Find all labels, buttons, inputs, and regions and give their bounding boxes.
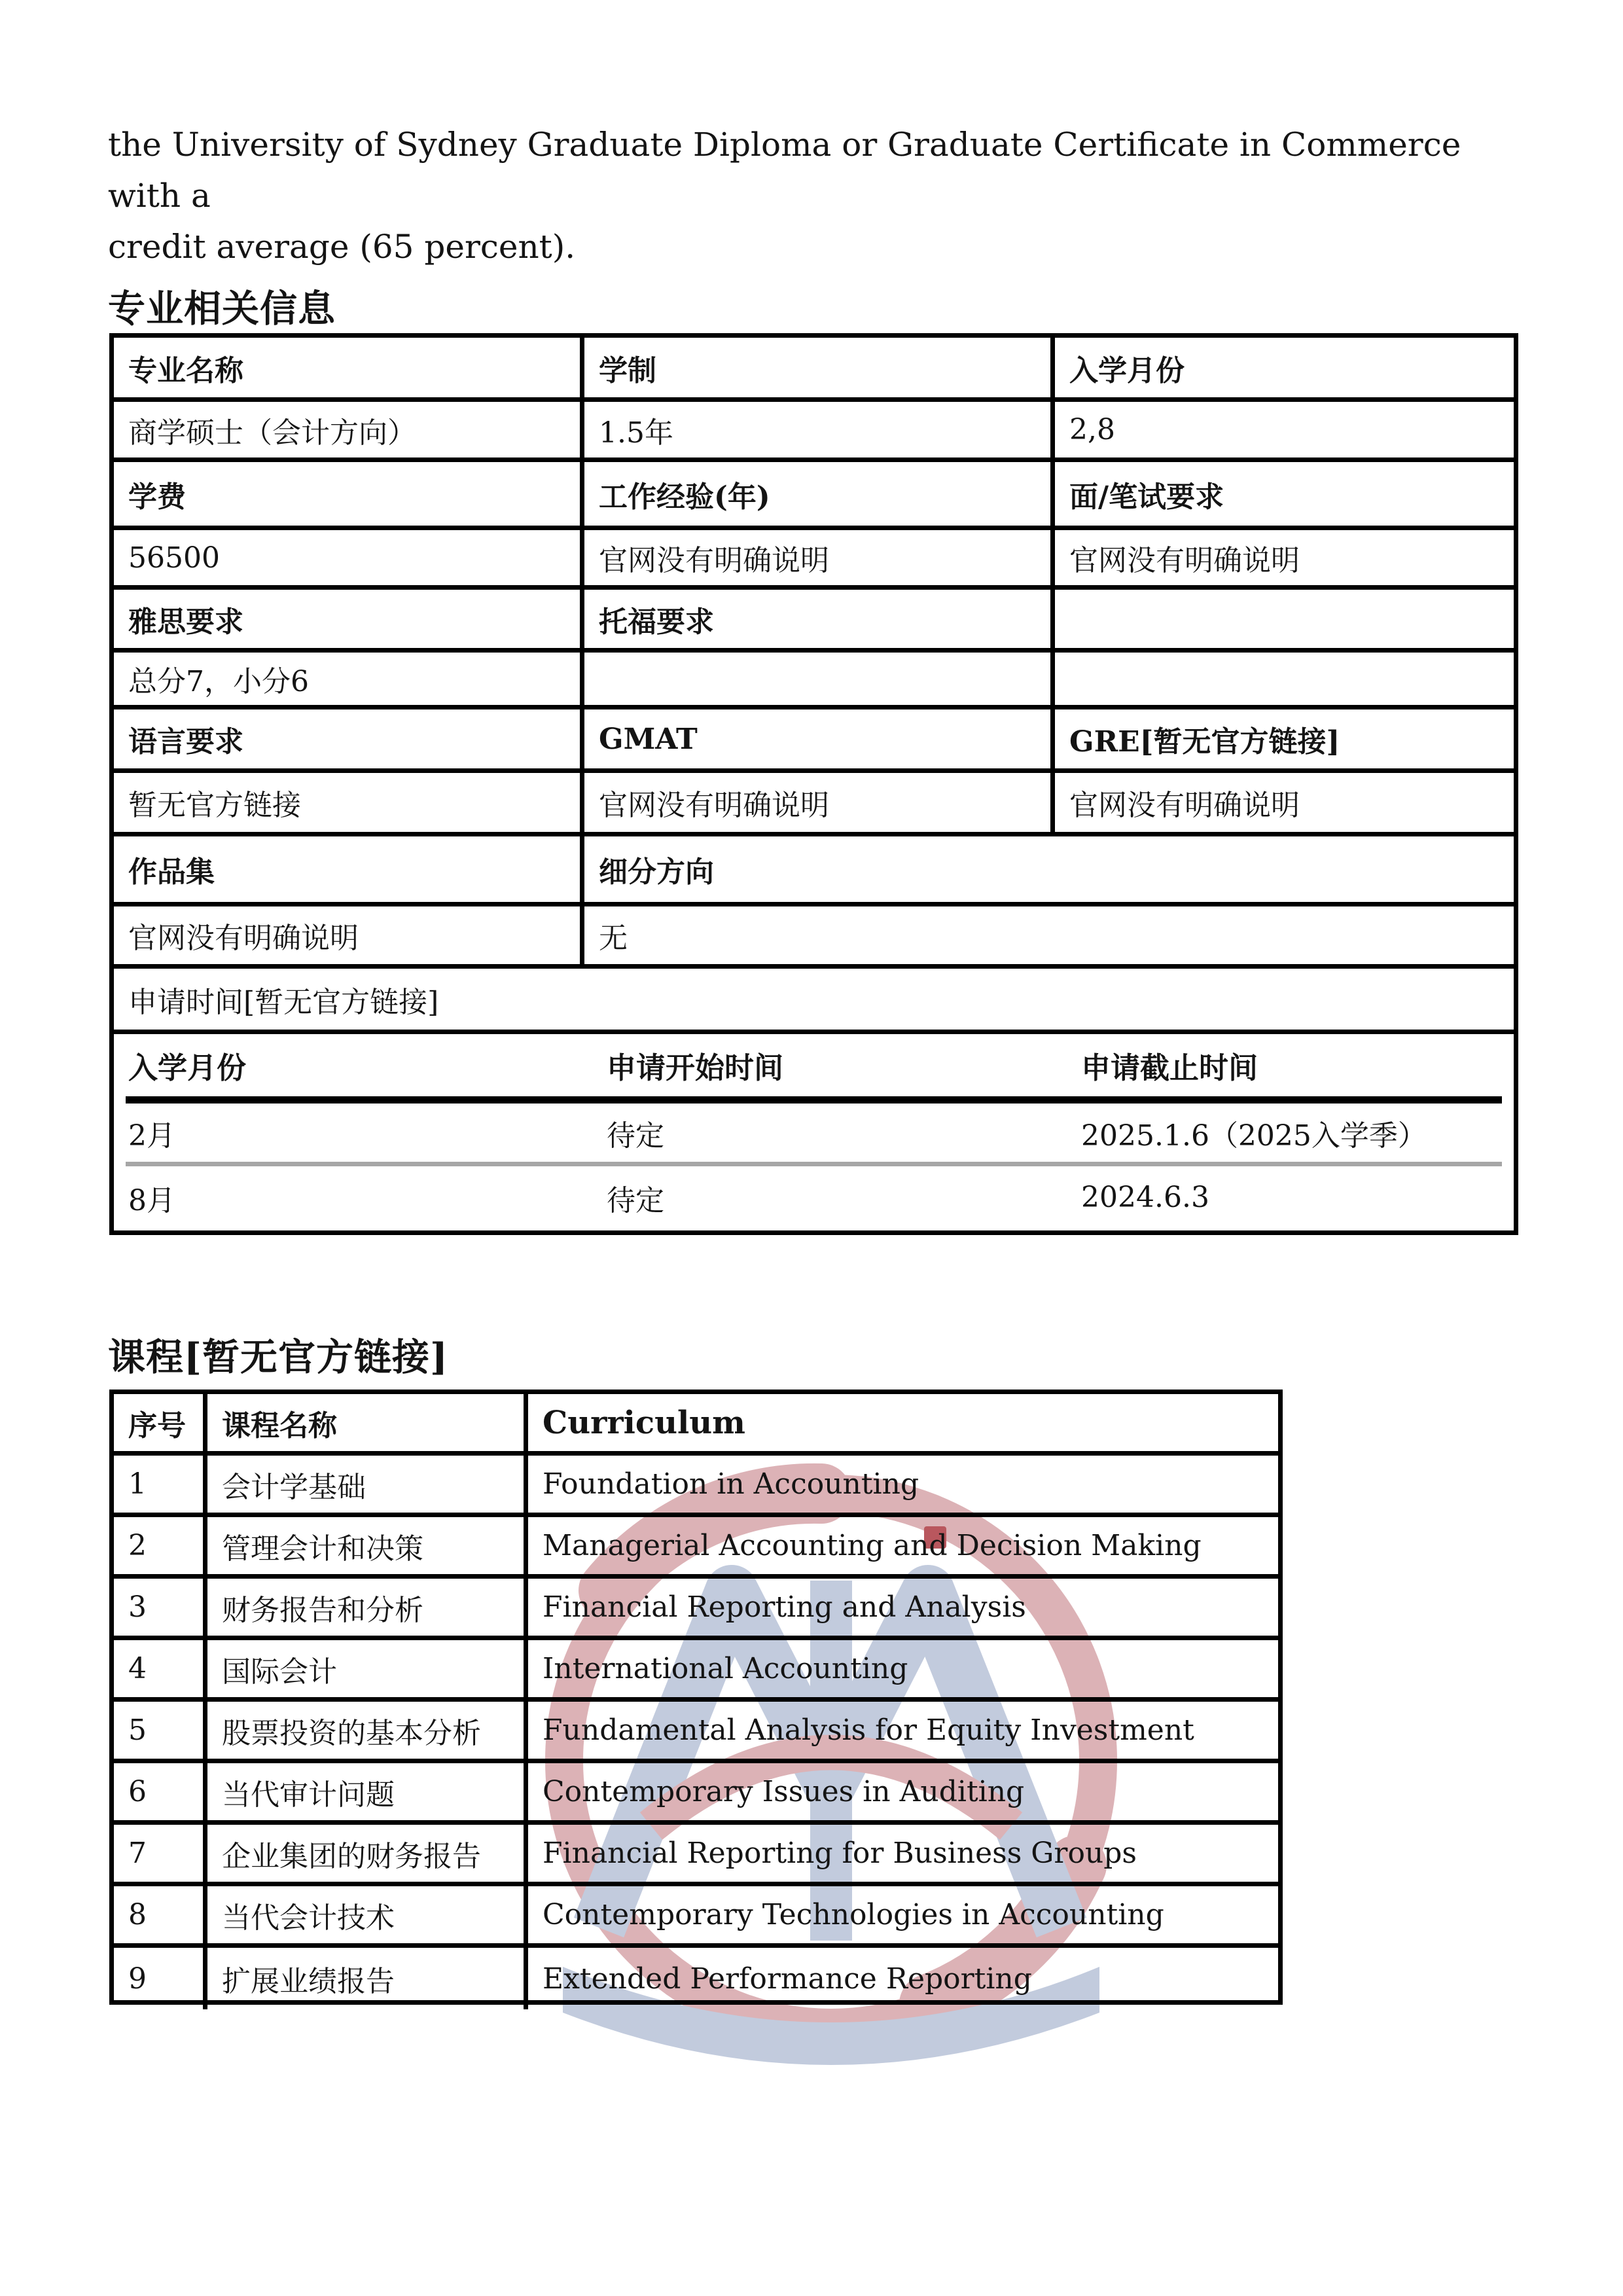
- table-cell: 1.5年: [584, 402, 1055, 457]
- table-cell: 语言要求: [114, 709, 584, 768]
- schedule-cell: 8月: [126, 1177, 607, 1219]
- table-cell: 官网没有明确说明: [1055, 530, 1514, 585]
- schedule-cell: 待定: [607, 1177, 1081, 1219]
- table-cell: 商学硕士（会计方向）: [114, 402, 584, 457]
- table-cell: [584, 653, 1055, 705]
- table-cell: Financial Reporting for Business Groups: [528, 1825, 1278, 1882]
- program-info-table: 专业名称 学制 入学月份 商学硕士（会计方向） 1.5年 2,8 学费 工作经验…: [109, 333, 1518, 1235]
- table-cell: 9: [114, 1948, 207, 2009]
- table-row: 7 企业集团的财务报告 Financial Reporting for Busi…: [114, 1825, 1278, 1886]
- table-cell: Contemporary Issues in Auditing: [528, 1763, 1278, 1820]
- table-cell: 总分7，小分6: [114, 653, 584, 705]
- table-cell: 企业集团的财务报告: [207, 1825, 528, 1882]
- table-cell: Extended Performance Reporting: [528, 1948, 1278, 2009]
- table-header-cell: 序号: [114, 1394, 207, 1451]
- table-cell: [1055, 653, 1514, 705]
- table-row: 2 管理会计和决策 Managerial Accounting and Deci…: [114, 1517, 1278, 1579]
- table-cell: 管理会计和决策: [207, 1517, 528, 1574]
- table-row: 5 股票投资的基本分析 Fundamental Analysis for Equ…: [114, 1702, 1278, 1763]
- table-row: 56500 官网没有明确说明 官网没有明确说明: [114, 530, 1514, 590]
- intro-line-2: credit average (65 percent).: [108, 221, 1535, 272]
- intro-line-1: the University of Sydney Graduate Diplom…: [108, 119, 1535, 221]
- curriculum-table: 序号 课程名称 Curriculum 1 会计学基础 Foundation in…: [109, 1390, 1283, 2005]
- table-cell: 面/笔试要求: [1055, 462, 1514, 526]
- table-row: 3 财务报告和分析 Financial Reporting and Analys…: [114, 1579, 1278, 1640]
- table-cell: 国际会计: [207, 1640, 528, 1697]
- table-cell: 扩展业绩报告: [207, 1948, 528, 2009]
- table-cell: [1055, 590, 1514, 648]
- schedule-header-row: 入学月份 申请开始时间 申请截止时间: [126, 1034, 1502, 1103]
- schedule-row: 8月 待定 2024.6.3: [126, 1166, 1502, 1229]
- table-cell: 无: [584, 906, 1514, 964]
- table-cell: 入学月份: [1055, 338, 1514, 397]
- table-cell: International Accounting: [528, 1640, 1278, 1697]
- table-header-cell: Curriculum: [528, 1394, 1278, 1451]
- table-row: 4 国际会计 International Accounting: [114, 1640, 1278, 1702]
- application-schedule: 入学月份 申请开始时间 申请截止时间 2月 待定 2025.1.6（2025入学…: [114, 1034, 1514, 1230]
- table-cell: 5: [114, 1702, 207, 1759]
- table-cell: 4: [114, 1640, 207, 1697]
- table-row: 总分7，小分6: [114, 653, 1514, 709]
- table-row: 6 当代审计问题 Contemporary Issues in Auditing: [114, 1763, 1278, 1825]
- table-header-cell: 课程名称: [207, 1394, 528, 1451]
- schedule-row: 2月 待定 2025.1.6（2025入学季）: [126, 1103, 1502, 1166]
- table-cell: 股票投资的基本分析: [207, 1702, 528, 1759]
- table-row: 语言要求 GMAT GRE[暂无官方链接]: [114, 709, 1514, 773]
- table-row: 官网没有明确说明 无: [114, 906, 1514, 969]
- table-cell: 作品集: [114, 836, 584, 902]
- table-cell: 财务报告和分析: [207, 1579, 528, 1636]
- table-header-row: 序号 课程名称 Curriculum: [114, 1394, 1278, 1456]
- table-row: 申请时间[暂无官方链接]: [114, 969, 1514, 1034]
- intro-paragraph: the University of Sydney Graduate Diplom…: [108, 119, 1535, 272]
- table-cell: 2,8: [1055, 402, 1514, 457]
- section1-title: 专业相关信息: [108, 279, 336, 332]
- table-cell: 官网没有明确说明: [1055, 773, 1514, 832]
- table-cell: 学制: [584, 338, 1055, 397]
- schedule-cell: 2025.1.6（2025入学季）: [1081, 1112, 1502, 1154]
- table-cell: 6: [114, 1763, 207, 1820]
- table-cell: 暂无官方链接: [114, 773, 584, 832]
- table-cell: Fundamental Analysis for Equity Investme…: [528, 1702, 1278, 1759]
- table-row: 专业名称 学制 入学月份: [114, 338, 1514, 402]
- table-cell: 2: [114, 1517, 207, 1574]
- table-cell: GRE[暂无官方链接]: [1055, 709, 1514, 768]
- table-cell: 学费: [114, 462, 584, 526]
- table-cell: 申请时间[暂无官方链接]: [114, 969, 1514, 1030]
- schedule-header: 入学月份: [126, 1044, 607, 1086]
- schedule-cell: 待定: [607, 1112, 1081, 1154]
- table-cell: GMAT: [584, 709, 1055, 768]
- table-row: 商学硕士（会计方向） 1.5年 2,8: [114, 402, 1514, 462]
- table-cell: 官网没有明确说明: [584, 530, 1055, 585]
- table-cell: Financial Reporting and Analysis: [528, 1579, 1278, 1636]
- schedule-header: 申请开始时间: [607, 1044, 1081, 1086]
- section2-title: 课程[暂无官方链接]: [108, 1327, 448, 1381]
- schedule-header: 申请截止时间: [1081, 1044, 1502, 1086]
- table-cell: 8: [114, 1886, 207, 1943]
- table-cell: 专业名称: [114, 338, 584, 397]
- table-cell: 会计学基础: [207, 1456, 528, 1513]
- table-cell: 细分方向: [584, 836, 1514, 902]
- table-row: 1 会计学基础 Foundation in Accounting: [114, 1456, 1278, 1517]
- schedule-cell: 2月: [126, 1112, 607, 1154]
- table-row: 雅思要求 托福要求: [114, 590, 1514, 653]
- table-cell: 7: [114, 1825, 207, 1882]
- table-row: 学费 工作经验(年) 面/笔试要求: [114, 462, 1514, 530]
- table-row: 作品集 细分方向: [114, 836, 1514, 906]
- table-cell: 托福要求: [584, 590, 1055, 648]
- document-page: the University of Sydney Graduate Diplom…: [0, 0, 1623, 2296]
- table-cell: 官网没有明确说明: [584, 773, 1055, 832]
- table-cell: 1: [114, 1456, 207, 1513]
- table-cell: Foundation in Accounting: [528, 1456, 1278, 1513]
- table-cell: Managerial Accounting and Decision Makin…: [528, 1517, 1278, 1574]
- table-cell: 3: [114, 1579, 207, 1636]
- table-cell: Contemporary Technologies in Accounting: [528, 1886, 1278, 1943]
- table-cell: 当代审计问题: [207, 1763, 528, 1820]
- table-cell: 雅思要求: [114, 590, 584, 648]
- schedule-cell: 2024.6.3: [1081, 1181, 1502, 1214]
- table-row: 9 扩展业绩报告 Extended Performance Reporting: [114, 1948, 1278, 2009]
- table-cell: 56500: [114, 530, 584, 585]
- table-row: 暂无官方链接 官网没有明确说明 官网没有明确说明: [114, 773, 1514, 836]
- table-cell: 工作经验(年): [584, 462, 1055, 526]
- table-cell: 当代会计技术: [207, 1886, 528, 1943]
- table-cell: 官网没有明确说明: [114, 906, 584, 964]
- table-row: 8 当代会计技术 Contemporary Technologies in Ac…: [114, 1886, 1278, 1948]
